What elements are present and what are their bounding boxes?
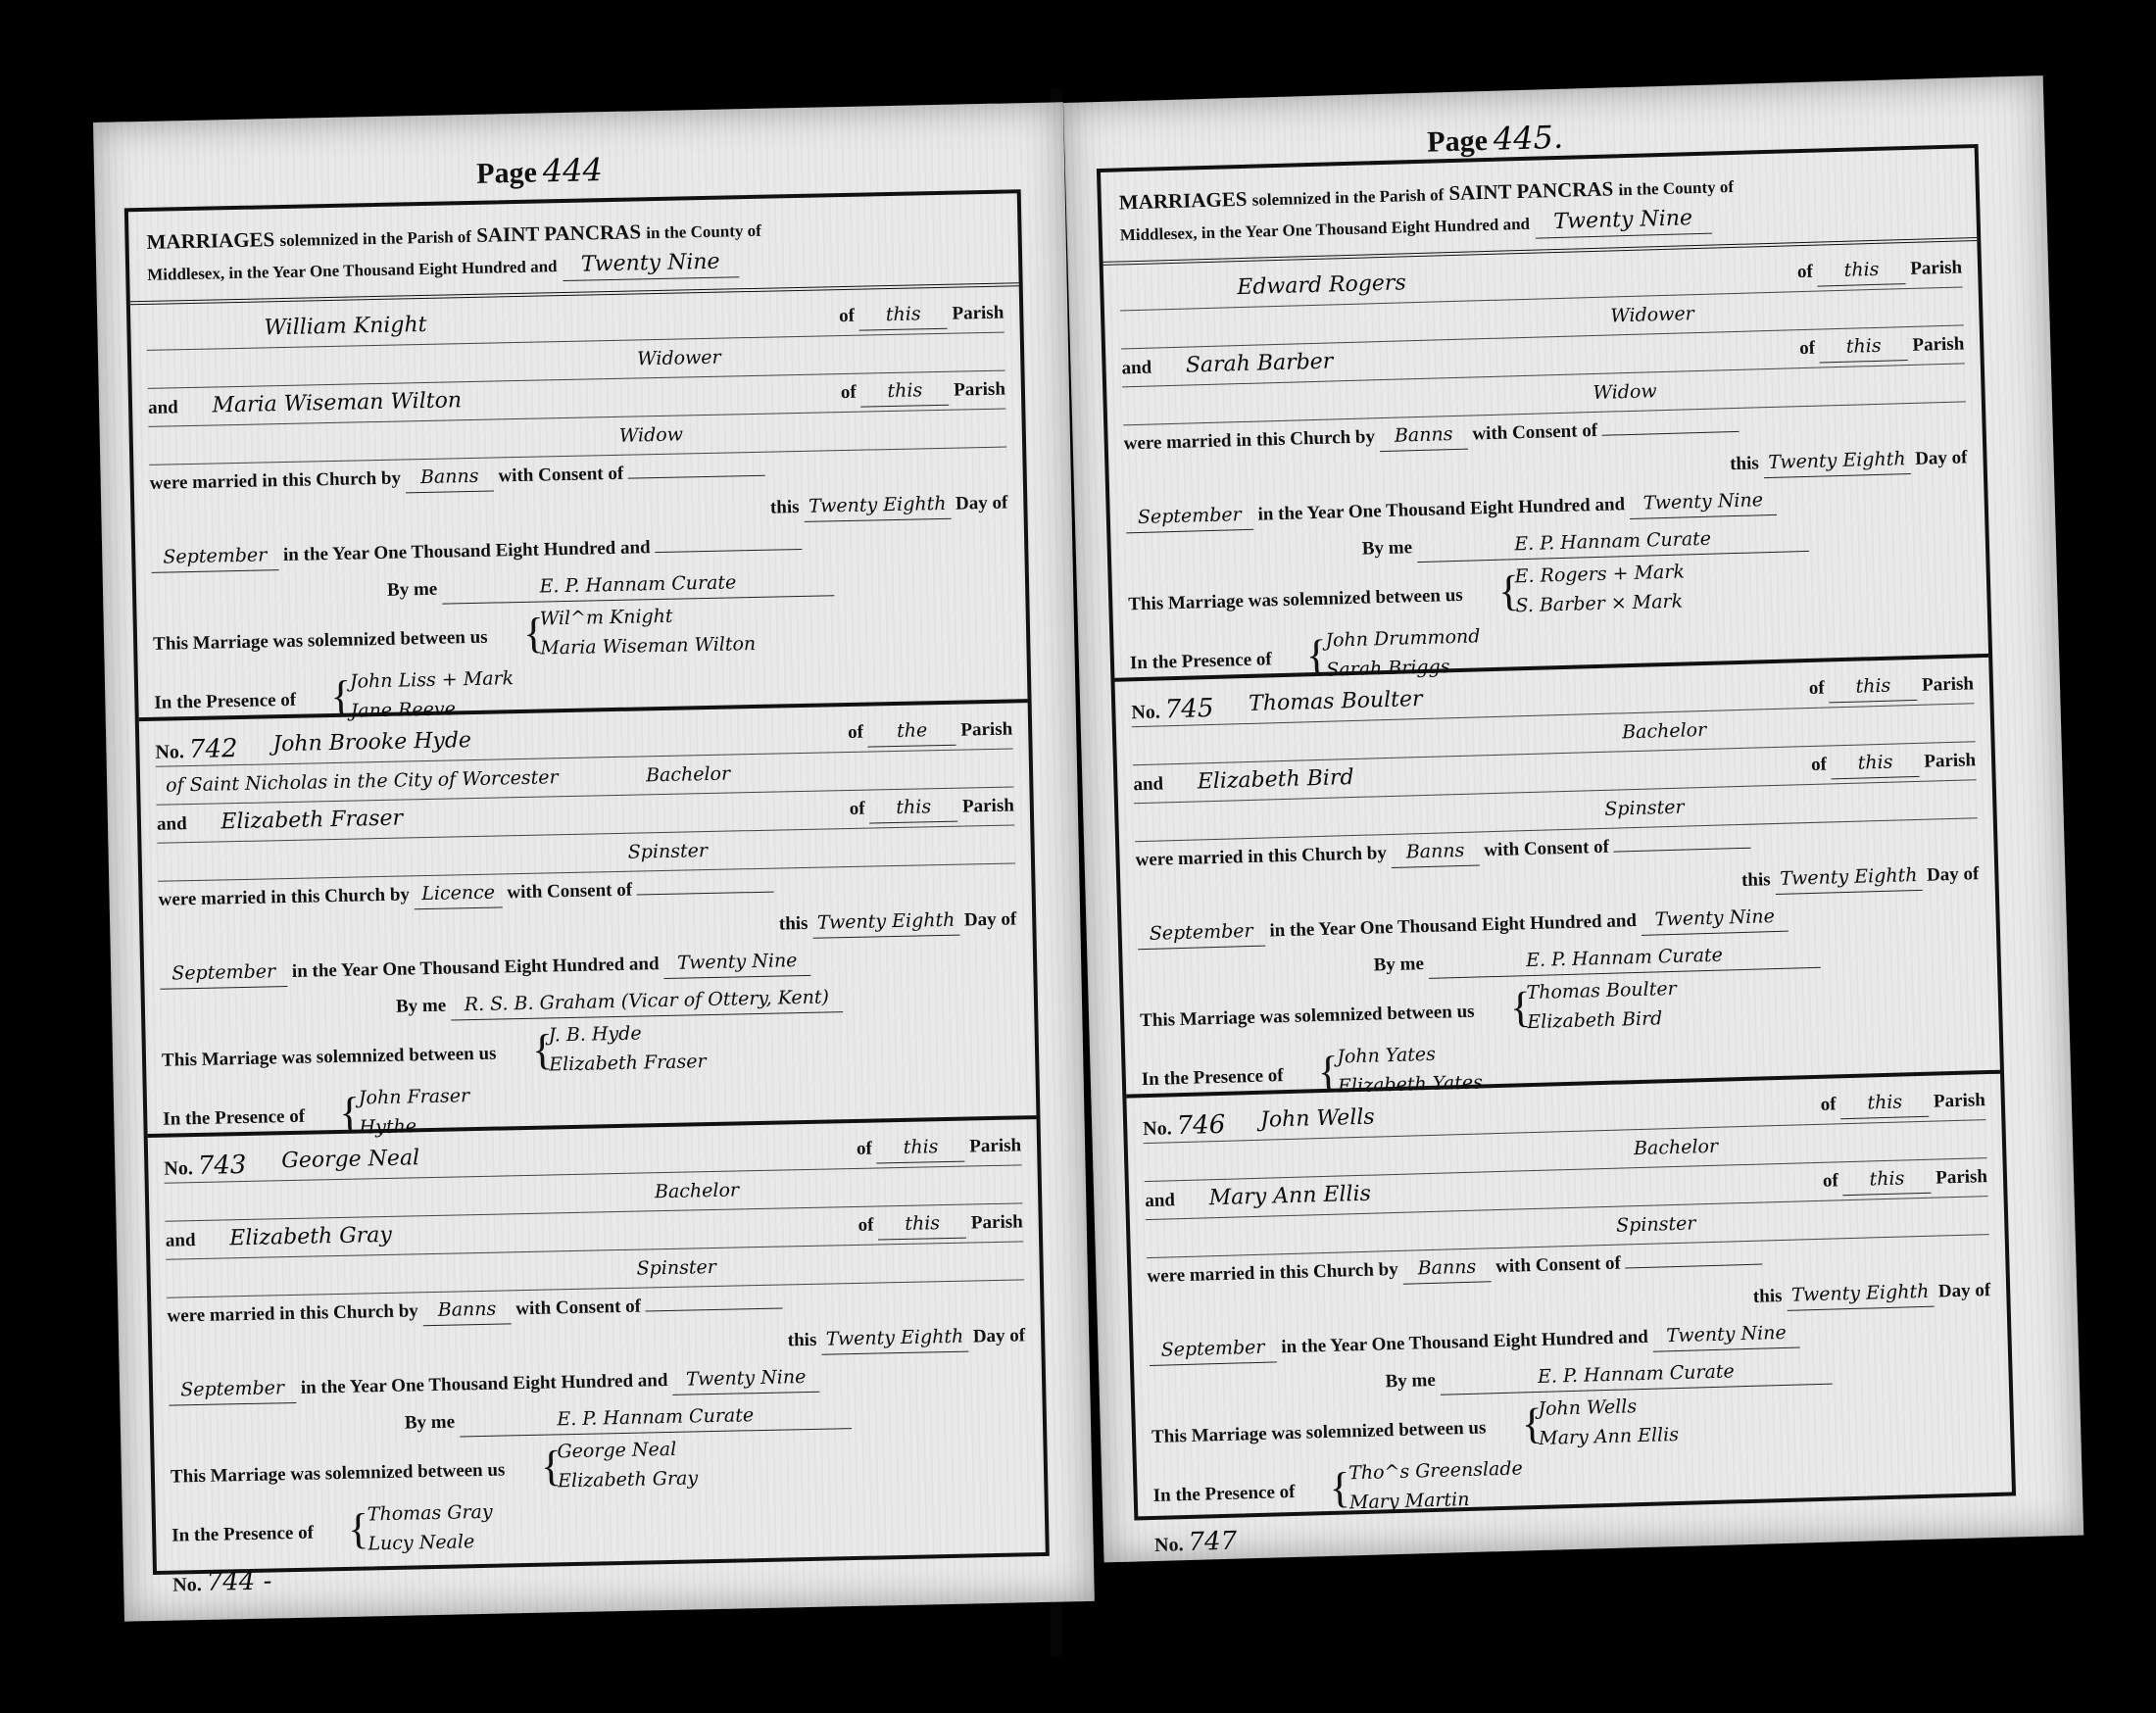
consent-of — [637, 892, 774, 896]
label-of: of — [1797, 262, 1813, 282]
register-page-left: Page444 MARRIAGES solemnized in the Pari… — [93, 102, 1095, 1621]
groom-parish-detail — [1130, 318, 1131, 340]
marriage-year — [655, 549, 802, 553]
label-consent: with Consent of — [498, 464, 623, 487]
bride-parish: this — [869, 792, 958, 824]
header-marriages: MARRIAGES — [1119, 187, 1248, 215]
married-by: Banns — [422, 1294, 512, 1326]
bride-parish: this — [878, 1208, 967, 1241]
marriage-year: Twenty Nine — [1629, 485, 1777, 519]
entries-list: Edward Rogers of this Parish Widower and… — [1103, 241, 2012, 1514]
label-presence: In the Presence of — [1129, 641, 1272, 682]
bride-condition: Widow — [618, 416, 683, 454]
label-year: in the Year One Thousand Eight Hundred a… — [1269, 910, 1637, 941]
married-by: Banns — [1391, 835, 1480, 868]
label-of: of — [1823, 1170, 1838, 1191]
marriage-month: September — [1149, 1332, 1277, 1366]
married-by: Banns — [1402, 1251, 1492, 1285]
bride-name: Elizabeth Gray — [229, 1223, 392, 1250]
label-parish: Parish — [962, 795, 1014, 816]
label-consent: with Consent of — [1472, 420, 1597, 445]
bride-parish: this — [1831, 747, 1920, 780]
label-this: this — [1753, 1286, 1783, 1307]
groom-parish: this — [1817, 254, 1906, 287]
bride-name: Sarah Barber — [1186, 349, 1334, 377]
label-year: in the Year One Thousand Eight Hundred a… — [1281, 1327, 1648, 1357]
page-label: Page — [1427, 124, 1489, 159]
label-parish: Parish — [1910, 257, 1962, 278]
marriage-entry: George Neal of this Parish Bachelor and … — [148, 1119, 1046, 1554]
label-presence: In the Presence of — [171, 1515, 315, 1555]
label-of: of — [839, 306, 855, 326]
bride-condition: Spinster — [636, 1248, 716, 1288]
groom-name: John Brooke Hyde — [272, 728, 471, 757]
label-married-by: were married in this Church by — [167, 1300, 418, 1326]
label-day-of: Day of — [973, 1325, 1026, 1346]
consent-of — [1626, 1264, 1763, 1269]
label-this: this — [788, 1330, 817, 1351]
header-year: Twenty Nine — [1535, 204, 1712, 239]
groom-name: William Knight — [264, 313, 427, 340]
header-suffix: in the County of — [1618, 177, 1734, 199]
label-solemnized: This Marriage was solemnized between us — [1140, 994, 1475, 1041]
married-by: Banns — [405, 462, 494, 494]
page-label: Page — [476, 157, 537, 190]
label-and: and — [148, 397, 178, 418]
label-married-by: were married in this Church by — [150, 468, 402, 494]
label-married-by: were married in this Church by — [1147, 1259, 1398, 1287]
register-frame: MARRIAGES solemnized in the Parish of SA… — [1097, 144, 2016, 1521]
header-year: Twenty Nine — [562, 247, 739, 281]
label-parish: Parish — [1924, 750, 1976, 771]
label-of: of — [841, 382, 857, 403]
entries-list: William Knight of this Parish Widower an… — [130, 286, 1046, 1554]
page-number: Page445. — [1427, 119, 1564, 160]
label-married-by: were married in this Church by — [1123, 426, 1375, 454]
header-line2: Middlesex, in the Year One Thousand Eigh… — [1120, 215, 1531, 245]
groom-parish-detail: of Saint Nicholas in the City of Worcest… — [166, 766, 559, 796]
header-parish: SAINT PANCRAS — [476, 220, 641, 247]
label-by-me: By me — [1373, 954, 1424, 975]
header-parish: SAINT PANCRAS — [1448, 176, 1613, 205]
bride-condition: Spinster — [1616, 1204, 1696, 1244]
consent-of — [1614, 848, 1751, 853]
brace-icon: { — [348, 1507, 369, 1550]
entry-number-value: 744 - — [206, 1567, 271, 1597]
marriage-entry: Thomas Boulter of this Parish Bachelor a… — [1115, 658, 2001, 1099]
header-line2: Middlesex, in the Year One Thousand Eigh… — [147, 257, 558, 284]
label-of: of — [857, 1139, 872, 1159]
label-presence: In the Presence of — [1141, 1057, 1284, 1099]
marriage-day: Twenty Eighth — [1763, 444, 1911, 478]
consent-of — [628, 475, 765, 479]
groom-parish: this — [876, 1132, 965, 1164]
label-of: of — [848, 722, 863, 743]
groom-name: John Wells — [1260, 1105, 1375, 1133]
label-day-of: Day of — [964, 908, 1017, 930]
header-marriages: MARRIAGES — [146, 227, 274, 254]
groom-parish: this — [1840, 1087, 1930, 1120]
label-this: this — [1730, 453, 1759, 474]
label-year: in the Year One Thousand Eight Hundred a… — [301, 1370, 668, 1398]
marriage-month: September — [1125, 500, 1253, 534]
groom-condition: Widower — [1610, 295, 1694, 334]
label-solemnized: This Marriage was solemnized between us — [1151, 1409, 1487, 1456]
label-parish: Parish — [1935, 1166, 1987, 1188]
marriage-entry: William Knight of this Parish Widower an… — [130, 286, 1028, 721]
page-number-value: 444 — [542, 151, 603, 189]
officiant: R. S. B. Graham (Vicar of Ottery, Kent) — [451, 982, 844, 1020]
marriage-entry: John Brooke Hyde of the Parish of Saint … — [139, 703, 1037, 1138]
label-consent: with Consent of — [1495, 1253, 1621, 1278]
bride-name: Elizabeth Bird — [1197, 765, 1353, 794]
brace-icon: { — [1329, 1466, 1350, 1510]
label-presence: In the Presence of — [1152, 1474, 1296, 1515]
label-parish: Parish — [1934, 1090, 1985, 1111]
label-parish: Parish — [1922, 673, 1974, 695]
marriage-year: Twenty Nine — [672, 1362, 820, 1395]
label-year: in the Year One Thousand Eight Hundred a… — [1257, 494, 1625, 524]
label-solemnized: This Marriage was solemnized between us — [1128, 577, 1463, 624]
marriage-year: Twenty Nine — [663, 946, 811, 979]
label-parish: Parish — [969, 1135, 1021, 1156]
brace-icon: { — [1317, 1051, 1339, 1095]
label-and: and — [1145, 1190, 1175, 1211]
entry-number-value: 747 — [1188, 1527, 1237, 1557]
label-by-me: By me — [396, 996, 447, 1017]
header-mid: solemnized in the Parish of — [1252, 185, 1445, 209]
header-mid: solemnized in the Parish of — [279, 227, 471, 250]
brace-icon: { — [330, 675, 352, 718]
marriage-month: September — [169, 1373, 297, 1406]
marriage-day: Twenty Eighth — [821, 1322, 969, 1355]
label-by-me: By me — [1385, 1370, 1436, 1392]
bride-parish: this — [1842, 1163, 1932, 1197]
label-of: of — [850, 799, 865, 819]
page-number-value: 445. — [1493, 119, 1563, 158]
label-presence: In the Presence of — [163, 1099, 306, 1139]
label-and: and — [1133, 773, 1163, 795]
label-parish: Parish — [954, 379, 1005, 401]
label-of: of — [1799, 338, 1815, 359]
label-by-me: By me — [405, 1412, 456, 1434]
marriage-day: Twenty Eighth — [804, 489, 952, 522]
label-this: this — [779, 913, 808, 935]
label-no: No. — [172, 1574, 202, 1596]
bride-name: Maria Wiseman Wilton — [212, 388, 462, 417]
groom-parish: this — [1829, 670, 1918, 704]
marriage-entry: John Wells of this Parish Bachelor and M… — [1126, 1074, 2012, 1515]
signature-bride: Elizabeth Fraser — [549, 1043, 707, 1083]
groom-name: George Neal — [281, 1146, 419, 1173]
header-suffix: in the County of — [646, 221, 761, 242]
label-of: of — [1811, 755, 1827, 775]
bride-parish: this — [860, 375, 950, 408]
label-married-by: were married in this Church by — [1135, 843, 1387, 870]
marriage-day: Twenty Eighth — [1775, 860, 1923, 895]
married-by: Banns — [1379, 419, 1468, 453]
marriage-year: Twenty Nine — [1641, 902, 1788, 936]
register-page-right: Page445. MARRIAGES solemnized in the Par… — [1063, 75, 2083, 1562]
bride-condition: Spinster — [627, 832, 708, 871]
groom-parish: this — [858, 299, 948, 331]
brace-icon: { — [1305, 634, 1327, 678]
groom-condition: Widower — [637, 339, 721, 378]
label-and: and — [166, 1230, 196, 1251]
label-this: this — [1741, 869, 1771, 891]
label-day-of: Day of — [1927, 863, 1980, 885]
label-by-me: By me — [1362, 537, 1413, 559]
witness-2: Mary Martin — [1348, 1481, 1469, 1521]
label-year: in the Year One Thousand Eight Hundred a… — [292, 954, 660, 982]
label-consent: with Consent of — [515, 1297, 641, 1320]
marriage-day: Twenty Eighth — [812, 905, 960, 939]
label-consent: with Consent of — [507, 880, 632, 904]
label-parish: Parish — [1912, 333, 1964, 355]
label-day-of: Day of — [955, 493, 1008, 514]
label-year: in the Year One Thousand Eight Hundred a… — [283, 537, 651, 565]
groom-name: Edward Rogers — [1237, 270, 1406, 300]
label-parish: Parish — [960, 718, 1012, 740]
marriage-entry: Edward Rogers of this Parish Widower and… — [1103, 241, 1989, 682]
label-and: and — [157, 813, 187, 835]
register-frame: MARRIAGES solemnized in the Parish of SA… — [124, 189, 1050, 1575]
groom-condition: Bachelor — [1622, 711, 1707, 751]
marriage-month: September — [1137, 916, 1265, 951]
consent-of — [1602, 431, 1739, 436]
groom-condition: Bachelor — [1633, 1128, 1718, 1167]
label-consent: with Consent of — [1484, 837, 1609, 861]
groom-name: Thomas Boulter — [1249, 687, 1423, 716]
bride-condition: Widow — [1592, 372, 1657, 412]
groom-parish-detail — [1142, 735, 1143, 757]
label-married-by: were married in this Church by — [158, 884, 410, 909]
marriage-month: September — [160, 956, 288, 990]
label-solemnized: This Marriage was solemnized between us — [153, 619, 488, 663]
label-day-of: Day of — [1938, 1280, 1991, 1301]
label-of: of — [1809, 678, 1825, 699]
bride-condition: Spinster — [1604, 789, 1685, 828]
label-presence: In the Presence of — [154, 682, 297, 722]
label-day-of: Day of — [1915, 447, 1968, 468]
marriage-month: September — [151, 540, 279, 573]
witness-2: Lucy Neale — [367, 1523, 475, 1562]
consent-of — [646, 1308, 783, 1312]
groom-parish-detail — [1153, 1151, 1154, 1173]
label-solemnized: This Marriage was solemnized between us — [171, 1452, 506, 1496]
bride-name: Elizabeth Fraser — [220, 807, 403, 835]
label-parish: Parish — [952, 303, 1004, 324]
bride-parish: this — [1819, 330, 1908, 364]
married-by: Licence — [414, 877, 503, 909]
groom-condition: Bachelor — [655, 1171, 740, 1210]
marriage-year: Twenty Nine — [1652, 1318, 1800, 1352]
bride-name: Mary Ann Ellis — [1208, 1182, 1371, 1211]
marriage-day: Twenty Eighth — [1787, 1277, 1935, 1311]
groom-parish: the — [867, 715, 956, 748]
label-parish: Parish — [971, 1211, 1023, 1233]
groom-condition: Bachelor — [646, 756, 731, 795]
label-no: No. — [1154, 1534, 1184, 1556]
label-by-me: By me — [387, 579, 438, 601]
label-of: of — [857, 1215, 873, 1236]
label-and: and — [1121, 358, 1151, 379]
signature-bride: Elizabeth Gray — [558, 1459, 699, 1499]
label-of: of — [1820, 1094, 1836, 1114]
label-this: this — [770, 497, 800, 518]
page-number: Page444 — [476, 151, 603, 191]
label-solemnized: This Marriage was solemnized between us — [162, 1036, 497, 1080]
brace-icon: { — [339, 1092, 361, 1135]
